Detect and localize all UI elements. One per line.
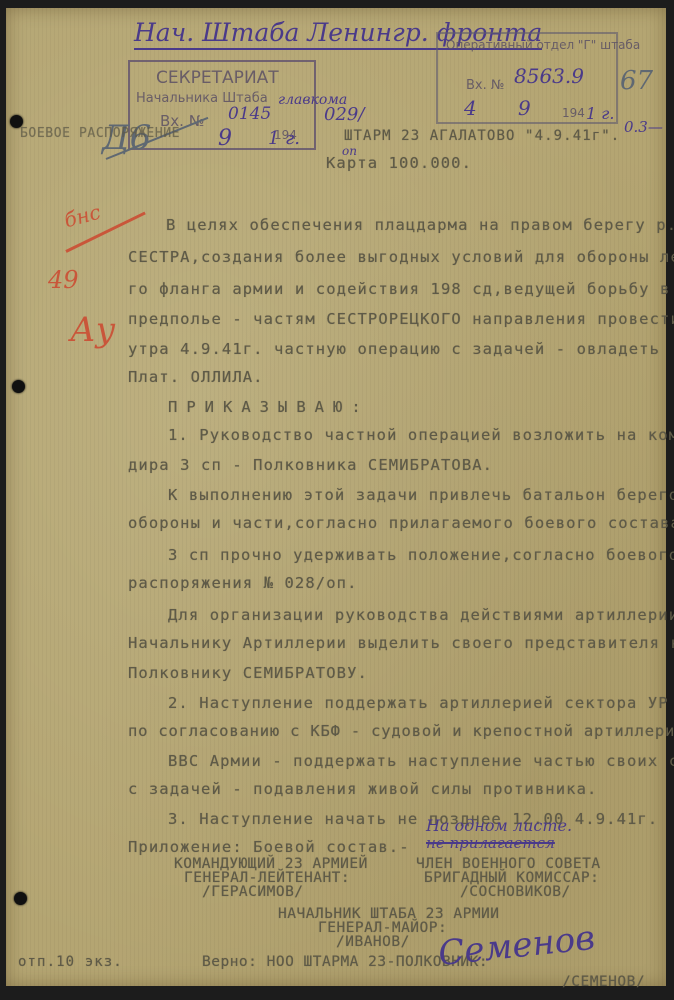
intro-line-2: СЕСТРА,создания более выгодных условий д… <box>128 248 674 266</box>
intro-line-4: предполье - частям СЕСТРОРЕЦКОГО направл… <box>128 310 674 328</box>
copies-count: отп.10 экз. <box>18 954 123 970</box>
document-type: БОЕВОЕ РАСПОРЯЖЕНИЕ <box>20 126 180 141</box>
operative-stamp-title: Оперативный отдел "Г" штаба <box>446 38 640 52</box>
operative-stamp-day: 4 <box>464 96 477 120</box>
place-date: ШТАРМ 23 АГАЛАТОВО "4.9.41г". <box>344 128 620 144</box>
punch-hole-bottom <box>14 892 27 905</box>
item1-p4-line-1: Для организации руководства действиями а… <box>168 606 674 624</box>
punch-hole-middle <box>12 380 25 393</box>
intro-line-6: Плат. ОЛЛИЛА. <box>128 368 264 386</box>
attachment-struck-text: не прилагается <box>426 834 555 852</box>
red-note-3: Ау <box>70 310 115 350</box>
stamp-date-month: 9 <box>218 126 232 151</box>
item1-p3-line-1: 3 сп прочно удерживать положение,согласн… <box>168 546 674 564</box>
verified-name: /СЕМЕНОВ/ <box>562 974 645 990</box>
marginal-number-right: 67 <box>620 66 653 96</box>
document-page: Нач. Штаба Ленингр. фронта СЕКРЕТАРИАТ Н… <box>6 8 666 986</box>
marginal-note-right: 0.3— <box>624 118 663 136</box>
item3-line: 3. Наступление начать не позднее 12.00 4… <box>168 810 658 828</box>
council-name: /СОСНОВИКОВ/ <box>460 884 571 900</box>
commander-name: /ГЕРАСИМОВ/ <box>202 884 304 900</box>
red-note-2: 49 <box>48 266 79 294</box>
item1-p4-line-2: Начальнику Артиллерии выделить своего пр… <box>128 634 674 652</box>
operative-stamp-in-label: Вх. № <box>466 78 504 93</box>
item1-line-1: 1. Руководство частной операцией возложи… <box>168 426 674 444</box>
operative-stamp-in-number: 8563.9 <box>514 64 584 88</box>
attachment-label: Приложение: Боевой состав.- <box>128 838 410 856</box>
item2-line-2: по согласованию с КБФ - судовой и крепос… <box>128 722 674 740</box>
item1-p3-line-2: распоряжения № 028/оп. <box>128 574 358 592</box>
order-word: ПРИКАЗЫВАЮ: <box>168 398 370 416</box>
map-scale: Карта 100.000. <box>326 154 472 172</box>
item1-line-2: дира 3 сп - Полковника СЕМИБРАТОВА. <box>128 456 493 474</box>
stamp-title: СЕКРЕТАРИАТ <box>156 68 279 88</box>
item2-line-1: 2. Наступление поддержать артиллерией се… <box>168 694 674 712</box>
stamp-in-number: 0145 <box>228 104 271 124</box>
intro-line-5: утра 4.9.41г. частную операцию с задачей… <box>128 340 660 358</box>
signature-scribble: Семенов <box>436 918 596 974</box>
item1-p2-line-2: обороны и части,согласно прилагаемого бо… <box>128 514 674 532</box>
item1-p2-line-1: К выполнению этой задачи привлечь баталь… <box>168 486 674 504</box>
intro-line-3: го фланга армии и содействия 198 сд,веду… <box>128 280 670 298</box>
attachment-handwritten: На одном листе. <box>426 816 572 835</box>
red-note-1: бнс <box>62 200 104 233</box>
item2-p2-line-2: с задачей - подавления живой силы против… <box>128 780 597 798</box>
operative-stamp-year-suffix: 1 г. <box>586 104 614 123</box>
stamp-year-suffix: 1 г. <box>268 128 300 149</box>
intro-line-1: В целях обеспечения плацдарма на правом … <box>166 216 674 234</box>
item2-p2-line-1: ВВС Армии - поддержать наступление часть… <box>168 752 674 770</box>
outgoing-number-top: 029/ <box>324 104 364 125</box>
operative-stamp-month: 9 <box>518 96 531 120</box>
chief-of-staff-name: /ИВАНОВ/ <box>336 934 410 950</box>
item1-p4-line-3: Полковнику СЕМИБРАТОВУ. <box>128 664 368 682</box>
operative-stamp-year: 194 <box>562 106 585 120</box>
